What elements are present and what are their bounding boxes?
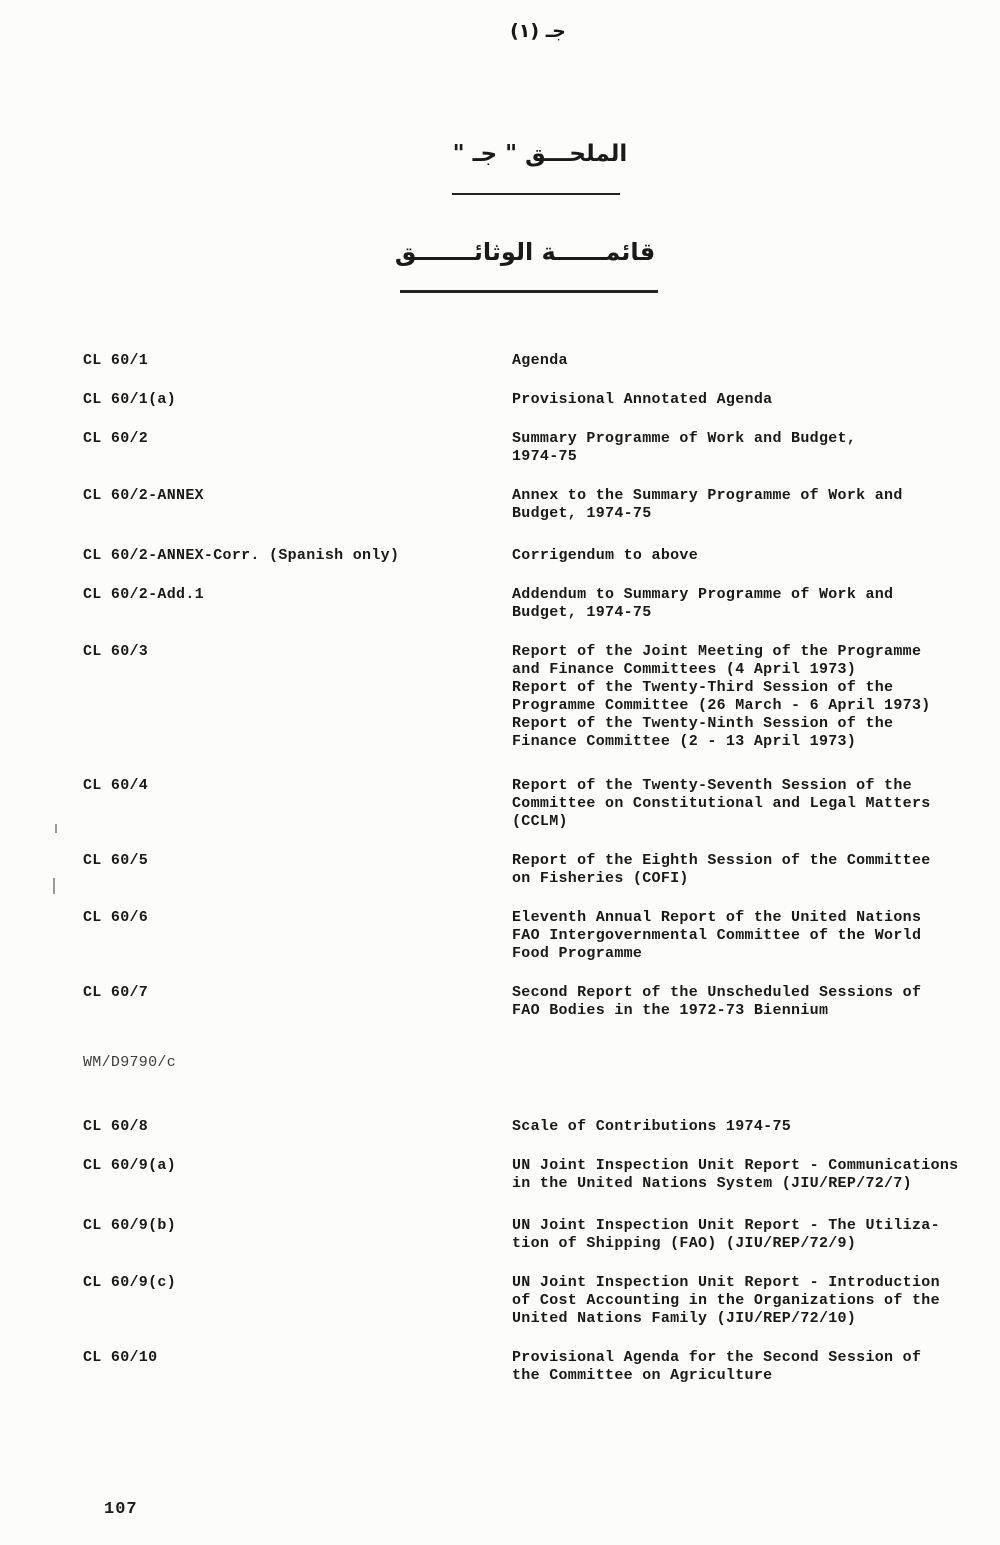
doc-description: Scale of Contributions 1974-75	[512, 1118, 791, 1136]
doc-row: CL 60/1(a)Provisional Annotated Agenda	[83, 391, 983, 409]
doc-row: CL 60/2-Add.1Addendum to Summary Program…	[83, 586, 983, 622]
doc-code: CL 60/6	[83, 909, 512, 927]
doc-row: CL 60/7Second Report of the Unscheduled …	[83, 984, 983, 1020]
list-of-documents-subtitle-arabic: قائمــــــة الوثائـــــــق	[380, 238, 670, 266]
doc-code: CL 60/3	[83, 643, 512, 661]
doc-description: Report of the Twenty-Seventh Session of …	[512, 777, 931, 831]
scan-artifact	[53, 878, 55, 894]
doc-description: Annex to the Summary Programme of Work a…	[512, 487, 903, 523]
doc-row: CL 60/2-ANNEX-Corr. (Spanish only)Corrig…	[83, 547, 983, 565]
doc-code: CL 60/1	[83, 352, 512, 370]
doc-row: WM/D9790/c	[83, 1054, 983, 1072]
doc-code: CL 60/2	[83, 430, 512, 448]
doc-row: CL 60/1Agenda	[83, 352, 983, 370]
doc-row: CL 60/4Report of the Twenty-Seventh Sess…	[83, 777, 983, 831]
doc-description: Report of the Joint Meeting of the Progr…	[512, 643, 931, 751]
document-list: CL 60/1AgendaCL 60/1(a)Provisional Annot…	[83, 352, 983, 1406]
doc-code: CL 60/10	[83, 1349, 512, 1367]
doc-row: CL 60/10Provisional Agenda for the Secon…	[83, 1349, 983, 1385]
doc-code: CL 60/9(a)	[83, 1157, 512, 1175]
annex-title-arabic: الملحـــق " جـ "	[432, 141, 648, 167]
doc-code: WM/D9790/c	[83, 1054, 512, 1072]
title-underline	[452, 193, 620, 195]
doc-row: CL 60/6Eleventh Annual Report of the Uni…	[83, 909, 983, 963]
doc-code: CL 60/2-Add.1	[83, 586, 512, 604]
doc-description: UN Joint Inspection Unit Report - Commun…	[512, 1157, 958, 1193]
doc-description: Provisional Annotated Agenda	[512, 391, 772, 409]
doc-code: CL 60/4	[83, 777, 512, 795]
doc-description: UN Joint Inspection Unit Report - The Ut…	[512, 1217, 940, 1253]
subtitle-underline	[400, 290, 658, 293]
doc-code: CL 60/1(a)	[83, 391, 512, 409]
doc-code: CL 60/5	[83, 852, 512, 870]
doc-description: Second Report of the Unscheduled Session…	[512, 984, 921, 1020]
page-number: 107	[104, 1500, 138, 1519]
scan-artifact	[55, 824, 57, 833]
doc-row: CL 60/8Scale of Contributions 1974-75	[83, 1118, 983, 1136]
page-corner-mark: جـ (١)	[498, 20, 578, 42]
doc-code: CL 60/9(b)	[83, 1217, 512, 1235]
doc-row: CL 60/5Report of the Eighth Session of t…	[83, 852, 983, 888]
doc-description: Addendum to Summary Programme of Work an…	[512, 586, 893, 622]
doc-description: UN Joint Inspection Unit Report - Introd…	[512, 1274, 940, 1328]
doc-description: Corrigendum to above	[512, 547, 698, 565]
document-page: جـ (١) الملحـــق " جـ " قائمــــــة الوث…	[0, 0, 1000, 1545]
doc-description: Eleventh Annual Report of the United Nat…	[512, 909, 921, 963]
doc-code: CL 60/7	[83, 984, 512, 1002]
doc-code: CL 60/9(c)	[83, 1274, 512, 1292]
doc-row: CL 60/2-ANNEXAnnex to the Summary Progra…	[83, 487, 983, 523]
doc-row: CL 60/9(b)UN Joint Inspection Unit Repor…	[83, 1217, 983, 1253]
doc-row: CL 60/9(c)UN Joint Inspection Unit Repor…	[83, 1274, 983, 1328]
doc-description: Agenda	[512, 352, 568, 370]
doc-code: CL 60/8	[83, 1118, 512, 1136]
doc-code: CL 60/2-ANNEX	[83, 487, 512, 505]
doc-description: Report of the Eighth Session of the Comm…	[512, 852, 931, 888]
doc-description: Provisional Agenda for the Second Sessio…	[512, 1349, 921, 1385]
doc-row: CL 60/9(a)UN Joint Inspection Unit Repor…	[83, 1157, 983, 1193]
doc-row: CL 60/2Summary Programme of Work and Bud…	[83, 430, 983, 466]
doc-description: Summary Programme of Work and Budget, 19…	[512, 430, 856, 466]
doc-row: CL 60/3Report of the Joint Meeting of th…	[83, 643, 983, 751]
doc-code: CL 60/2-ANNEX-Corr. (Spanish only)	[83, 547, 512, 565]
